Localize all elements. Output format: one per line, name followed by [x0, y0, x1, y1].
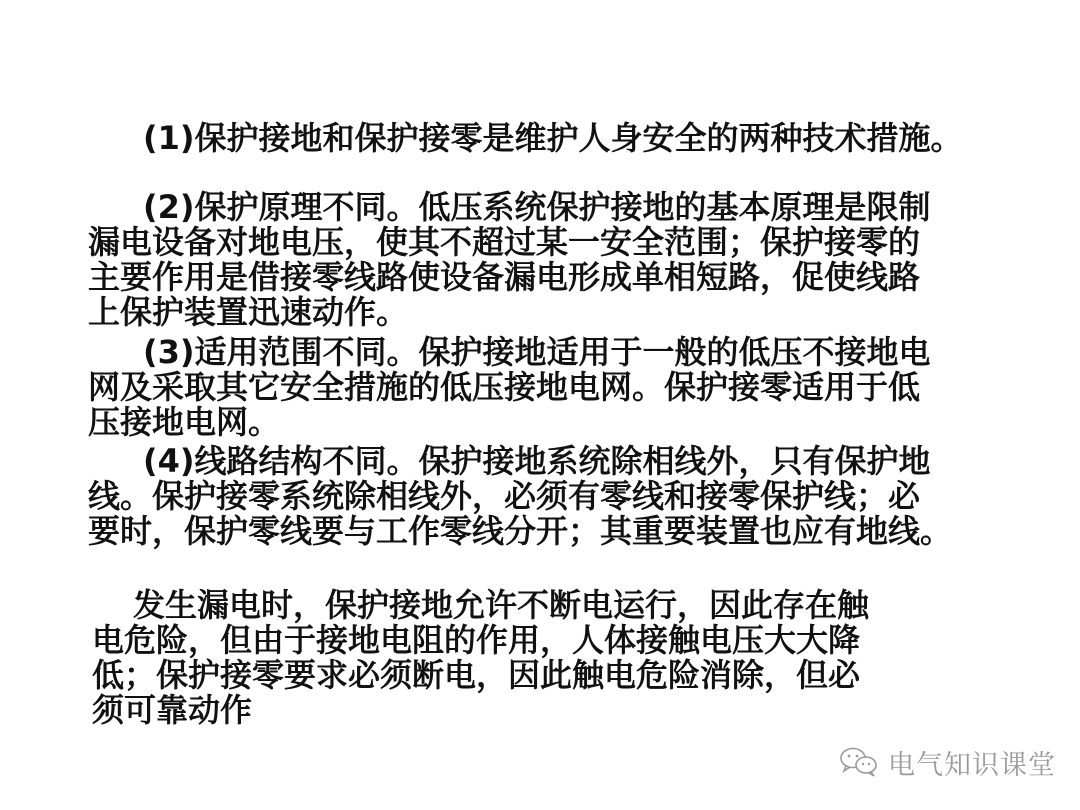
paragraph-4-line-3: 要时，保护零线要与工作零线分开；其重要装置也应有地线。: [88, 514, 952, 549]
paragraph-3-line-2: 网及采取其它安全措施的低压接地电网。保护接零适用于低: [88, 370, 920, 405]
wechat-icon: [838, 745, 880, 779]
paragraph-3-line-1: (3)适用范围不同。保护接地适用于一般的低压不接地电: [143, 335, 931, 370]
paragraph-5-line-4: 须可靠动作: [92, 693, 252, 728]
paragraph-5-line-3: 低；保护接零要求必须断电，因此触电危险消除，但必: [92, 658, 860, 693]
paragraph-4-line-1: (4)线路结构不同。保护接地系统除相线外，只有保护地: [143, 444, 931, 479]
paragraph-2-line-3: 主要作用是借接零线路使设备漏电形成单相短路，促使线路: [88, 260, 920, 295]
watermark: 电气知识课堂: [838, 744, 1056, 780]
slide: (1)保护接地和保护接零是维护人身安全的两种技术措施。 (2)保护原理不同。低压…: [0, 0, 1080, 810]
paragraph-2-line-1: (2)保护原理不同。低压系统保护接地的基本原理是限制: [143, 190, 931, 225]
paragraph-4-line-2: 线。保护接零系统除相线外，必须有零线和接零保护线；必: [88, 479, 920, 514]
watermark-text: 电气知识课堂: [888, 743, 1056, 782]
paragraph-5-line-2: 电危险，但由于接地电阻的作用，人体接触电压大大降: [92, 623, 860, 658]
paragraph-2-line-4: 上保护装置迅速动作。: [88, 295, 408, 330]
paragraph-3-line-3: 压接地电网。: [88, 405, 280, 440]
paragraph-1-line-1: (1)保护接地和保护接零是维护人身安全的两种技术措施。: [143, 121, 963, 156]
paragraph-5-line-1: 发生漏电时，保护接地允许不断电运行，因此存在触: [133, 588, 869, 623]
paragraph-2-line-2: 漏电设备对地电压，使其不超过某一安全范围；保护接零的: [88, 225, 920, 260]
